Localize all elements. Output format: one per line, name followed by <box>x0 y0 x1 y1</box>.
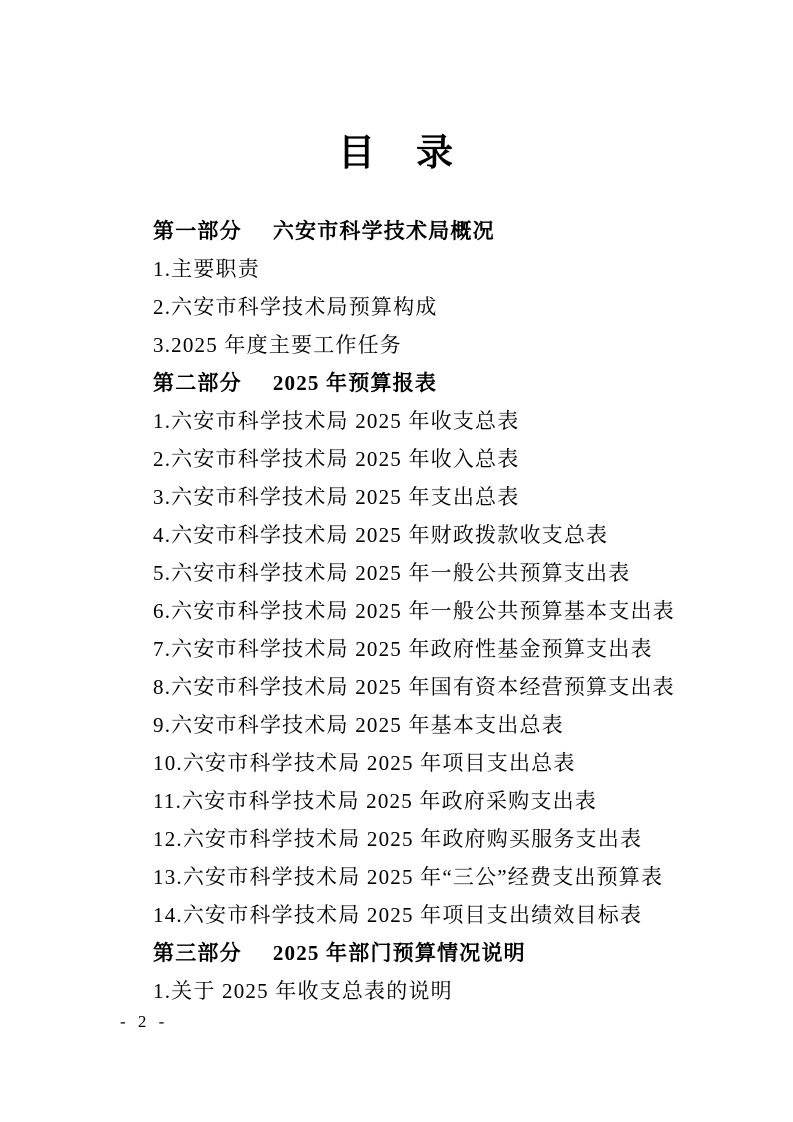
section-header-part3: 第三部分2025 年部门预算情况说明 <box>153 934 713 972</box>
toc-item: 14.六安市科学技术局 2025 年项目支出绩效目标表 <box>153 896 713 934</box>
section-label: 第三部分 <box>153 934 242 972</box>
toc-item: 2.六安市科学技术局 2025 年收入总表 <box>153 440 713 478</box>
toc-item: 4.六安市科学技术局 2025 年财政拨款收支总表 <box>153 516 713 554</box>
toc-item: 3.2025 年度主要工作任务 <box>153 326 713 364</box>
toc-item: 1.六安市科学技术局 2025 年收支总表 <box>153 402 713 440</box>
toc-item: 7.六安市科学技术局 2025 年政府性基金预算支出表 <box>153 630 713 668</box>
toc-item: 1.主要职责 <box>153 250 713 288</box>
section-title: 2025 年预算报表 <box>273 371 437 395</box>
toc-item: 1.关于 2025 年收支总表的说明 <box>153 972 713 1010</box>
section-header-part1: 第一部分六安市科学技术局概况 <box>153 212 713 250</box>
toc-item: 13.六安市科学技术局 2025 年“三公”经费支出预算表 <box>153 858 713 896</box>
section-label: 第一部分 <box>153 212 242 250</box>
table-of-contents: 第一部分六安市科学技术局概况 1.主要职责 2.六安市科学技术局预算构成 3.2… <box>153 212 713 1010</box>
toc-item: 3.六安市科学技术局 2025 年支出总表 <box>153 478 713 516</box>
toc-item: 6.六安市科学技术局 2025 年一般公共预算基本支出表 <box>153 592 713 630</box>
toc-item: 5.六安市科学技术局 2025 年一般公共预算支出表 <box>153 554 713 592</box>
section-title: 2025 年部门预算情况说明 <box>273 941 526 965</box>
toc-item: 11.六安市科学技术局 2025 年政府采购支出表 <box>153 782 713 820</box>
section-label: 第二部分 <box>153 364 242 402</box>
document-page: 目 录 第一部分六安市科学技术局概况 1.主要职责 2.六安市科学技术局预算构成… <box>0 0 793 1122</box>
toc-item: 10.六安市科学技术局 2025 年项目支出总表 <box>153 744 713 782</box>
toc-item: 12.六安市科学技术局 2025 年政府购买服务支出表 <box>153 820 713 858</box>
toc-item: 9.六安市科学技术局 2025 年基本支出总表 <box>153 706 713 744</box>
section-title: 六安市科学技术局概况 <box>273 219 495 243</box>
toc-item: 8.六安市科学技术局 2025 年国有资本经营预算支出表 <box>153 668 713 706</box>
page-title: 目 录 <box>0 122 793 176</box>
toc-item: 2.六安市科学技术局预算构成 <box>153 288 713 326</box>
page-number: - 2 - <box>120 1012 168 1032</box>
section-header-part2: 第二部分2025 年预算报表 <box>153 364 713 402</box>
